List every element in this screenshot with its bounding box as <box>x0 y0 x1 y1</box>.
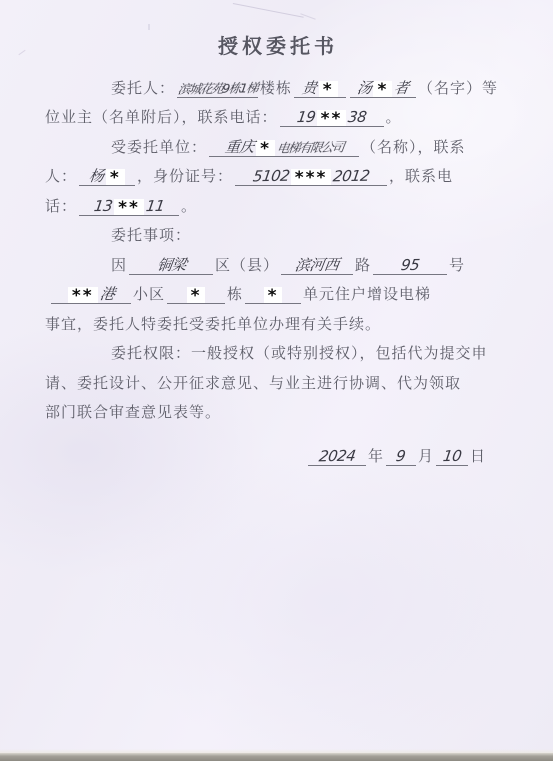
printed-text: 区（县） <box>215 254 279 275</box>
handwritten-text: 杨 <box>87 169 106 185</box>
handwritten-text: 9 <box>394 448 407 464</box>
handwritten-text: 汤 <box>355 80 374 96</box>
blank-underline: 重庆*电梯有限公司 <box>209 135 359 157</box>
redaction-box: * <box>187 287 206 303</box>
handwritten-text: 38 <box>346 110 368 126</box>
blank-underline: 汤*者 <box>350 76 416 98</box>
printed-text: 因 <box>111 254 127 275</box>
handwritten-text: 5102 <box>250 169 291 186</box>
form-line: 话：13**11。 <box>45 189 511 219</box>
blank-underline: 95 <box>373 253 447 275</box>
blank-underline: 2024 <box>308 444 366 466</box>
printed-text: 位业主（名单附后），联系电话： <box>45 106 278 127</box>
form-line: 部门联合审查意见表等。 <box>45 396 511 426</box>
redaction-box: * <box>256 140 275 156</box>
blank-underline: * <box>245 282 301 304</box>
handwritten-text: 电梯有限公司 <box>275 141 345 156</box>
handwritten-text: 13 <box>92 198 114 214</box>
handwritten-text: 2024 <box>317 448 358 465</box>
form-line: 事宜，委托人特委托受委托单位办理有关手续。 <box>45 307 511 337</box>
redaction-box: * <box>319 81 338 97</box>
blank-underline: 滨城花苑9栋1梯 <box>177 76 258 98</box>
form-line: 人：杨*，身份证号：5102***2012，联系电 <box>45 160 511 190</box>
redaction-box: * <box>373 81 392 97</box>
blank-underline: * <box>167 282 225 304</box>
redaction-box: * <box>106 169 125 185</box>
blank-underline: 13**11 <box>79 194 179 216</box>
printed-text: 。 <box>386 106 402 127</box>
redaction-box: * <box>264 287 283 303</box>
redaction-box: ** <box>68 287 98 303</box>
handwritten-text: 滨城花苑9栋1梯 <box>176 82 259 97</box>
printed-text: 栋 <box>227 283 243 304</box>
printed-text: 楼栋 <box>260 77 292 98</box>
printed-text: 委托权限：一般授权（或特别授权），包括代为提交申 <box>111 342 488 363</box>
form-lines-container: 委托人：滨城花苑9栋1梯楼栋贵*汤*者（名字）等位业主（名单附后），联系电话：1… <box>45 71 511 469</box>
form-line: 位业主（名单附后），联系电话：19**38。 <box>45 101 511 131</box>
handwritten-text: 2012 <box>331 169 372 186</box>
form-line: 委托人：滨城花苑9栋1梯楼栋贵*汤*者（名字）等 <box>45 71 511 101</box>
document-body: 授权委托书 委托人：滨城花苑9栋1梯楼栋贵*汤*者（名字）等位业主（名单附后），… <box>45 22 511 469</box>
blank-underline: 9 <box>386 444 416 466</box>
form-line: **港小区*栋*单元住户增设电梯 <box>45 278 511 308</box>
printed-text: 。 <box>181 195 197 216</box>
handwritten-text: 重庆 <box>223 139 256 156</box>
handwritten-text: 滨河西 <box>293 257 341 274</box>
redaction-box: ** <box>114 199 144 215</box>
form-line: 请、委托设计、公开征求意见、与业主进行协调、代为领取 <box>45 366 511 396</box>
printed-text: （名称），联系 <box>361 136 466 157</box>
printed-text: 委托事项： <box>111 224 191 245</box>
handwritten-text: 10 <box>441 448 463 464</box>
printed-text: 日 <box>470 445 486 466</box>
printed-text: 受委托单位： <box>111 136 207 157</box>
printed-text: 委托人： <box>111 77 175 98</box>
scan-bottom-edge <box>0 753 553 761</box>
printed-text: ，联系电 <box>389 165 453 186</box>
handwritten-text: 者 <box>392 80 411 96</box>
printed-text: 请、委托设计、公开征求意见、与业主进行协调、代为领取 <box>45 372 461 393</box>
form-line: 委托事项： <box>45 219 511 249</box>
blank-underline: 滨河西 <box>281 253 353 275</box>
printed-text: 号 <box>449 254 465 275</box>
blank-underline: 铜梁 <box>129 253 213 275</box>
blank-underline: 杨* <box>79 164 135 186</box>
document-title: 授权委托书 <box>45 30 511 59</box>
paper-crease-mark <box>233 3 304 18</box>
form-line: 委托权限：一般授权（或特别授权），包括代为提交申 <box>45 337 511 367</box>
blank-underline: 19**38 <box>280 105 384 127</box>
scanned-document-screenshot: { "colors": { "paper": "#f2eff8", "print… <box>0 0 553 761</box>
printed-text: 事宜，委托人特委托受委托单位办理有关手续。 <box>45 313 381 334</box>
handwritten-text: 港 <box>97 287 116 303</box>
printed-text: 年 <box>368 445 384 466</box>
printed-text: （名字）等 <box>418 77 498 98</box>
form-line: 2024年9月10日 <box>45 439 511 469</box>
handwritten-text: 11 <box>144 198 166 214</box>
blank-underline: 10 <box>436 444 468 466</box>
printed-text: 月 <box>418 445 434 466</box>
handwritten-text: 95 <box>399 257 421 273</box>
redaction-box: *** <box>291 169 332 185</box>
handwritten-text: 铜梁 <box>154 257 187 274</box>
blank-underline: **港 <box>51 282 131 304</box>
paper-crease-mark <box>18 50 25 55</box>
printed-text: 路 <box>355 254 371 275</box>
handwritten-text: 19 <box>294 110 316 126</box>
handwritten-text: 贵 <box>300 80 319 96</box>
printed-text: ，身份证号： <box>137 165 233 186</box>
printed-text: 小区 <box>133 283 165 304</box>
printed-text: 单元住户增设电梯 <box>303 283 431 304</box>
blank-underline: 贵* <box>294 76 346 98</box>
printed-text: 人： <box>45 165 77 186</box>
printed-text: 话： <box>45 195 77 216</box>
form-line: 因铜梁区（县）滨河西路95号 <box>45 248 511 278</box>
printed-text: 部门联合审查意见表等。 <box>45 401 221 422</box>
form-line: 受委托单位：重庆*电梯有限公司（名称），联系 <box>45 130 511 160</box>
redaction-box: ** <box>317 110 347 126</box>
blank-underline: 5102***2012 <box>235 164 387 186</box>
